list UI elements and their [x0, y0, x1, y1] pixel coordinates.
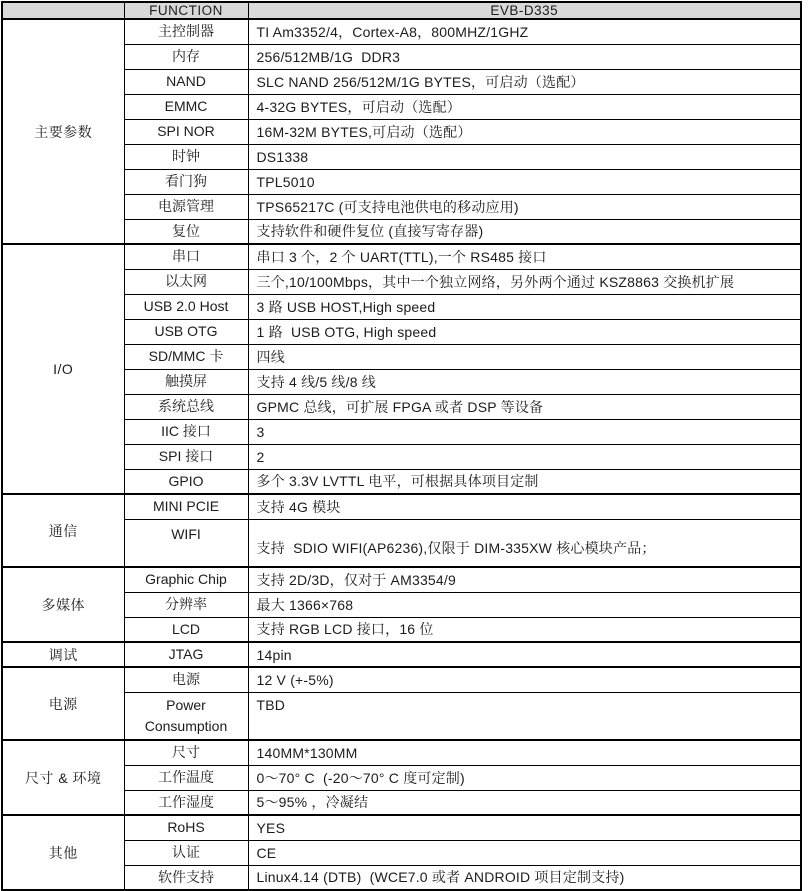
value-cell: TPS65217C (可支持电池供电的移动应用) [248, 194, 801, 219]
table-row: 其他 RoHS YES [2, 815, 801, 840]
value-cell: GPMC 总线，可扩展 FPGA 或者 DSP 等设备 [248, 394, 801, 419]
category-cell-main-params: 主要参数 [2, 19, 124, 244]
function-cell: 认证 [124, 840, 248, 865]
header-category [2, 2, 124, 19]
value-cell: 1 路 USB OTG, High speed [248, 319, 801, 344]
value-cell: 串口 3 个，2 个 UART(TTL),一个 RS485 接口 [248, 244, 801, 269]
table-row: 尺寸 & 环境 尺寸 140MM*130MM [2, 740, 801, 765]
table-row: 主要参数 主控制器 TI Am3352/4，Cortex-A8，800MHZ/1… [2, 19, 801, 44]
value-cell: 最大 1366×768 [248, 592, 801, 617]
function-cell: LCD [124, 617, 248, 642]
table-row: 多媒体 Graphic Chip 支持 2D/3D，仅对于 AM3354/9 [2, 567, 801, 592]
value-cell: 支持 RGB LCD 接口，16 位 [248, 617, 801, 642]
category-cell-power: 电源 [2, 667, 124, 740]
function-cell: Power Consumption [124, 692, 248, 740]
function-cell: 系统总线 [124, 394, 248, 419]
function-cell: 串口 [124, 244, 248, 269]
function-cell: 主控制器 [124, 19, 248, 44]
table-row: 通信 MINI PCIE 支持 4G 模块 [2, 494, 801, 519]
function-cell: USB OTG [124, 319, 248, 344]
value-cell: 256/512MB/1G DDR3 [248, 44, 801, 69]
value-cell: 支持 4G 模块 [248, 494, 801, 519]
function-cell: IIC 接口 [124, 419, 248, 444]
function-cell: 工作温度 [124, 765, 248, 790]
function-cell: JTAG [124, 642, 248, 667]
value-cell: CE [248, 840, 801, 865]
value-cell: TBD [248, 692, 801, 740]
function-cell: 电源管理 [124, 194, 248, 219]
category-cell-debug: 调试 [2, 642, 124, 667]
function-cell: 内存 [124, 44, 248, 69]
function-cell: SPI 接口 [124, 444, 248, 469]
category-cell-multimedia: 多媒体 [2, 567, 124, 642]
value-cell: TPL5010 [248, 169, 801, 194]
value-cell: 支持 SDIO WIFI(AP6236),仅限于 DIM-335XW 核心模块产… [248, 519, 801, 567]
table-row: I/O 串口 串口 3 个，2 个 UART(TTL),一个 RS485 接口 [2, 244, 801, 269]
category-cell-size-environment: 尺寸 & 环境 [2, 740, 124, 815]
function-cell: 尺寸 [124, 740, 248, 765]
function-cell: 触摸屏 [124, 369, 248, 394]
value-cell: 14pin [248, 642, 801, 667]
function-cell: 复位 [124, 219, 248, 244]
category-cell-other: 其他 [2, 815, 124, 890]
value-cell: 16M-32M BYTES,可启动（选配） [248, 119, 801, 144]
function-cell: 时钟 [124, 144, 248, 169]
table-row: 电源 电源 12 V (+-5%) [2, 667, 801, 692]
header-function: FUNCTION [124, 2, 248, 19]
value-cell: 2 [248, 444, 801, 469]
function-cell: 分辨率 [124, 592, 248, 617]
value-cell: SLC NAND 256/512M/1G BYTES，可启动（选配） [248, 69, 801, 94]
value-cell: 0～70° C (-20～70° C 度可定制) [248, 765, 801, 790]
table-row: 调试 JTAG 14pin [2, 642, 801, 667]
value-cell: 4-32G BYTES，可启动（选配） [248, 94, 801, 119]
function-cell: 以太网 [124, 269, 248, 294]
header-row: FUNCTION EVB-D335 [2, 2, 801, 19]
function-cell: 看门狗 [124, 169, 248, 194]
value-cell: YES [248, 815, 801, 840]
value-cell: 支持软件和硬件复位 (直接写寄存器) [248, 219, 801, 244]
value-cell: 12 V (+-5%) [248, 667, 801, 692]
function-cell: MINI PCIE [124, 494, 248, 519]
function-cell: NAND [124, 69, 248, 94]
function-cell: 工作湿度 [124, 790, 248, 815]
value-cell: DS1338 [248, 144, 801, 169]
function-cell: 电源 [124, 667, 248, 692]
function-cell: GPIO [124, 469, 248, 494]
value-cell: 支持 4 线/5 线/8 线 [248, 369, 801, 394]
function-cell: WIFI [124, 519, 248, 567]
spec-table: FUNCTION EVB-D335 主要参数 主控制器 TI Am3352/4，… [1, 1, 802, 891]
function-cell: RoHS [124, 815, 248, 840]
header-evb-d335: EVB-D335 [248, 2, 801, 19]
function-cell: EMMC [124, 94, 248, 119]
value-cell: 140MM*130MM [248, 740, 801, 765]
function-cell: USB 2.0 Host [124, 294, 248, 319]
function-cell: SD/MMC 卡 [124, 344, 248, 369]
category-cell-communication: 通信 [2, 494, 124, 567]
function-cell: Graphic Chip [124, 567, 248, 592]
value-cell: 四线 [248, 344, 801, 369]
value-cell: 3 路 USB HOST,High speed [248, 294, 801, 319]
value-cell: 3 [248, 419, 801, 444]
value-cell: TI Am3352/4，Cortex-A8，800MHZ/1GHZ [248, 19, 801, 44]
category-cell-io: I/O [2, 244, 124, 494]
function-cell: 软件支持 [124, 865, 248, 890]
value-cell: Linux4.14 (DTB) (WCE7.0 或者 ANDROID 项目定制支… [248, 865, 801, 890]
function-cell: SPI NOR [124, 119, 248, 144]
value-cell: 多个 3.3V LVTTL 电平，可根据具体项目定制 [248, 469, 801, 494]
value-cell: 三个,10/100Mbps，其中一个独立网络，另外两个通过 KSZ8863 交换… [248, 269, 801, 294]
value-cell: 5～95% ，冷凝结 [248, 790, 801, 815]
value-cell: 支持 2D/3D，仅对于 AM3354/9 [248, 567, 801, 592]
